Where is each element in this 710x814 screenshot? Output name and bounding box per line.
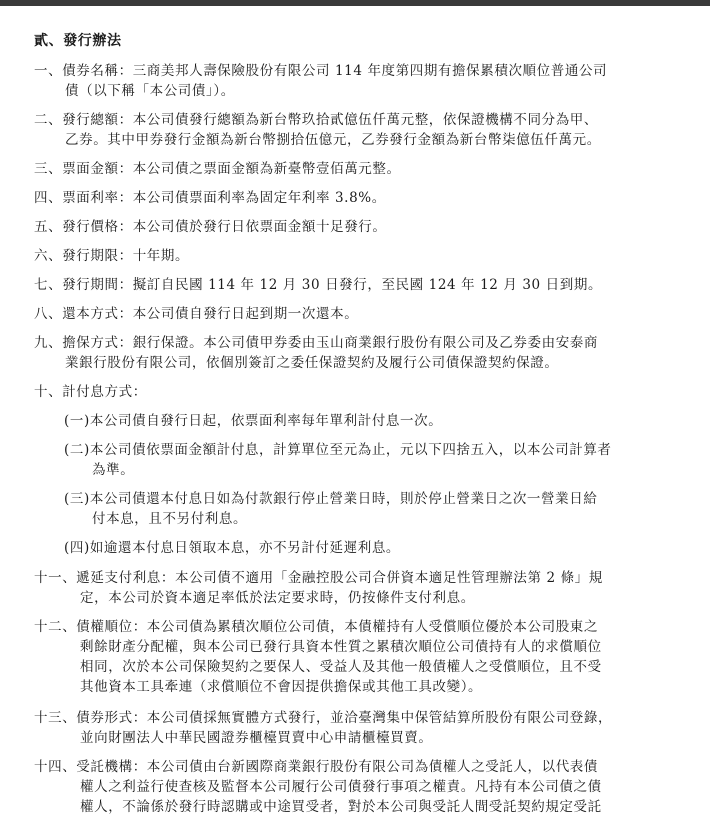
item-guarantee-line-2: 業銀行股份有限公司，依個別簽訂之委任保證契約及履行公司債保證契約保證。 [65, 353, 559, 373]
section-title: 貳、發行辦法 [34, 31, 122, 51]
item-term: 六、發行期限：十年期。 [34, 246, 189, 266]
item-seniority-line-1: 十二、債權順位：本公司債為累積次順位公司債，本債權持有人受償順位優於本公司股東之 [34, 617, 598, 637]
item-bond-form-line-1: 十三、債券形式：本公司債採無實體方式發行，並洽臺灣集中保管結算所股份有限公司登錄… [34, 708, 612, 728]
item-total-amount-line-1: 二、發行總額：本公司債發行總額為新台幣玖拾貳億伍仟萬元整，依保證機構不同分為甲、 [34, 110, 598, 130]
item-trustee-line-3: 權人，不論係於發行時認購或中途買受者，對於本公司與受託人間受託契約規定受託 [80, 797, 602, 814]
subitem-2-line-2: 為準。 [92, 460, 134, 480]
item-deferred-interest-line-2: 定，本公司於資本適足率低於法定要求時，仍按條件支付利息。 [80, 588, 475, 608]
item-seniority-line-3: 相同，次於本公司保險契約之要保人、受益人及其他一般債權人之受償順位，且不受 [80, 657, 602, 677]
subitem-3-line-1: (三)本公司債還本付息日如為付款銀行停止營業日時，則於停止營業日之次一營業日給 [64, 489, 597, 509]
item-bond-name-line-1: 一、債券名稱：三商美邦人壽保險股份有限公司 114 年度第四期有擔保累積次順位普… [34, 61, 607, 81]
subitem-3-line-2: 付本息，且不另付利息。 [92, 509, 247, 529]
item-seniority-line-4: 其他資本工具牽連（求償順位不會因提供擔保或其他工具改變）。 [80, 677, 482, 697]
item-repayment: 八、還本方式：本公司債自發行日起到期一次還本。 [34, 304, 358, 324]
item-coupon-rate: 四、票面利率：本公司債票面利率為固定年利率 3.8%。 [34, 188, 386, 208]
subitem-1: (一)本公司債自發行日起，依票面利率每年單利計付息一次。 [64, 411, 442, 431]
item-seniority-line-2: 剩餘財產分配權，與本公司已發行具資本性質之累積次順位公司債持有人的求償順位 [80, 637, 602, 657]
viewer-top-bar [0, 0, 710, 6]
item-trustee-line-2: 權人之利益行使查核及監督本公司履行公司債發行事項之權責。凡持有本公司債之債 [80, 777, 602, 797]
item-guarantee-line-1: 九、擔保方式：銀行保證。本公司債甲券委由玉山商業銀行股份有限公司及乙券委由安泰商 [34, 333, 598, 353]
item-deferred-interest-line-1: 十一、遞延支付利息：本公司債不適用「金融控股公司合併資本適足性管理辦法第 2 條… [34, 568, 603, 588]
item-issue-price: 五、發行價格：本公司債於發行日依票面金額十足發行。 [34, 217, 387, 237]
subitem-2-line-1: (二)本公司債依票面金額計付息，計算單位至元為止，元以下四捨五入，以本公司計算者 [64, 440, 612, 460]
subitem-4: (四)如逾還本付息日領取本息，亦不另計付延遲利息。 [64, 538, 400, 558]
item-face-value: 三、票面金額：本公司債之票面金額為新臺幣壹佰萬元整。 [34, 159, 401, 179]
item-issue-period: 七、發行期間：擬訂自民國 114 年 12 月 30 日發行，至民國 124 年… [34, 275, 602, 295]
item-bond-form-line-2: 並向財團法人中華民國證券櫃檯買賣中心申請櫃檯買賣。 [80, 728, 433, 748]
item-trustee-line-1: 十四、受託機構：本公司債由台新國際商業銀行股份有限公司為債權人之受託人，以代表債 [34, 757, 598, 777]
item-bond-name-line-2: 債（以下稱「本公司債」）。 [65, 81, 235, 101]
item-total-amount-line-2: 乙券。其中甲券發行金額為新台幣捌拾伍億元，乙券發行金額為新台幣柒億伍仟萬元。 [65, 130, 601, 150]
item-interest-method: 十、計付息方式： [34, 382, 147, 402]
